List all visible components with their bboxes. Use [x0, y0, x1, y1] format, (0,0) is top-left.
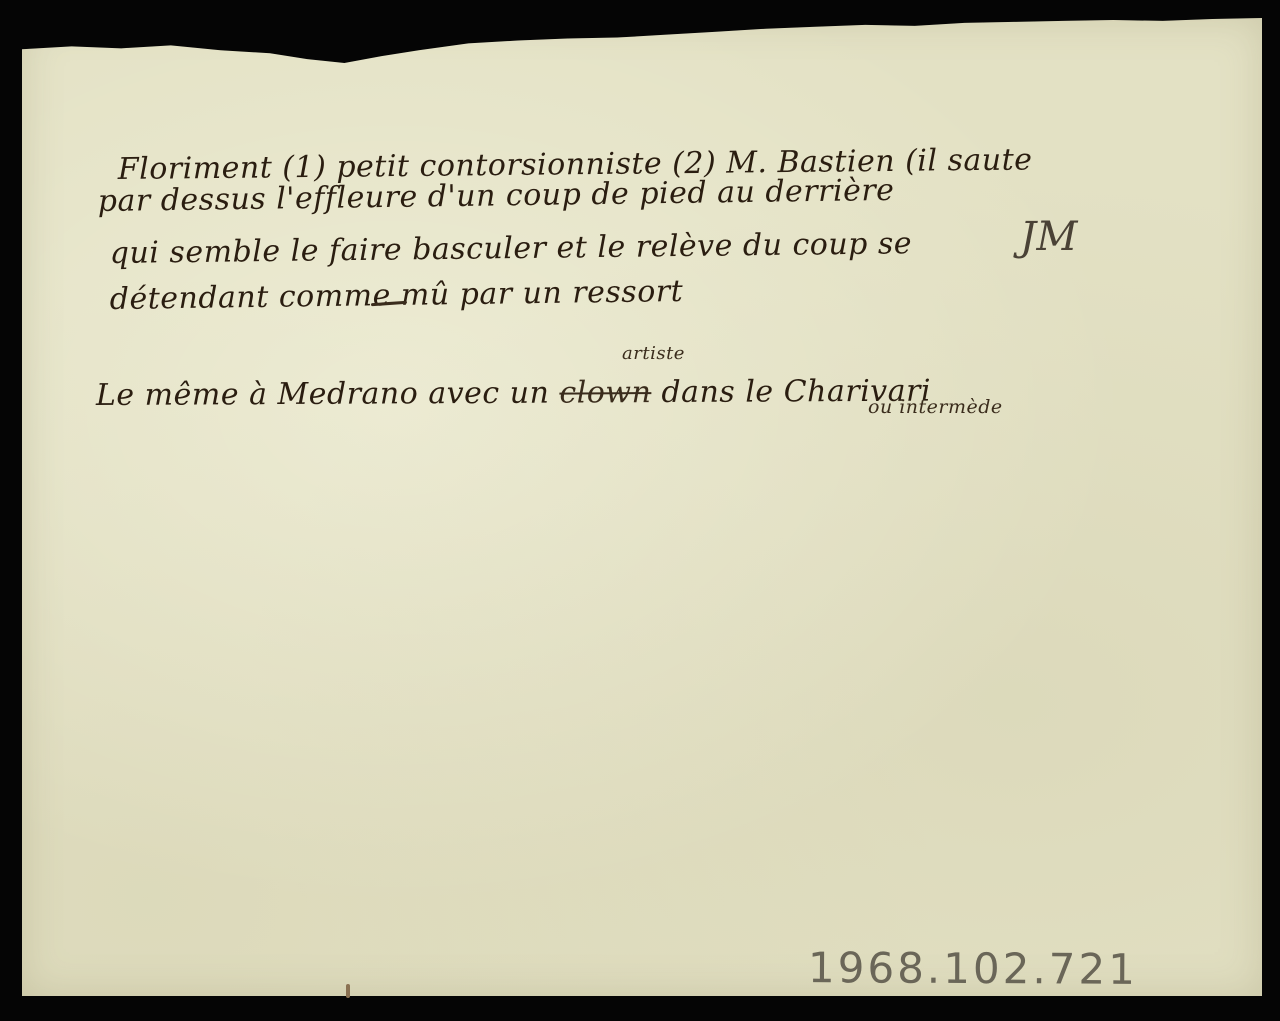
ink-smudge [346, 984, 350, 998]
accession-number: 1968.102.721 [808, 943, 1138, 994]
manuscript-line-5: Le même à Medrano avec un clown dans le … [96, 374, 931, 413]
interlinear-insertion-intermede: ou intermède [868, 396, 1003, 418]
struck-word: clown [559, 375, 651, 410]
line-5-before: Le même à Medrano avec un [96, 376, 550, 413]
author-initials: JM [1020, 214, 1078, 260]
interlinear-insertion-artiste: artiste [622, 343, 685, 364]
